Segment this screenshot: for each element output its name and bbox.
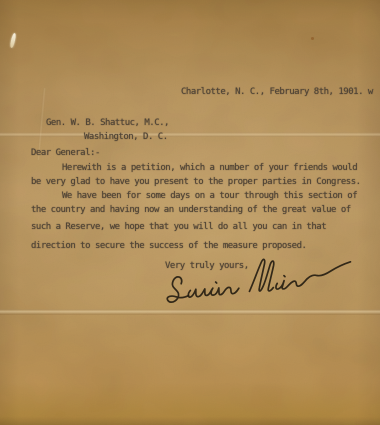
body-line: such a Reserve, we hope that you will do…	[31, 222, 326, 233]
signature	[162, 252, 357, 305]
body-line: be very glad to have you present to the …	[31, 177, 361, 188]
fold-crease-lower	[0, 309, 380, 315]
signature-ink-strokes	[162, 252, 357, 305]
closing: Very truly yours,	[165, 261, 249, 272]
body-line: the country and having now an understand…	[31, 205, 351, 216]
paper-tear-mark	[10, 33, 17, 48]
body-line: Herewith is a petition, which a number o…	[62, 163, 357, 174]
salutation: Dear General:-	[31, 148, 100, 159]
paper-speck	[311, 37, 314, 40]
recipient-address: Washington, D. C.	[84, 132, 168, 143]
body-line: We have been for some days on a tour thr…	[62, 191, 357, 202]
dateline: Charlotte, N. C., February 8th, 1901. w	[181, 87, 373, 98]
fold-crease-upper	[0, 132, 380, 137]
letter-paper: Charlotte, N. C., February 8th, 1901. w …	[0, 0, 380, 425]
recipient-name: Gen. W. B. Shattuc, M.C.,	[46, 118, 169, 129]
body-line: direction to secure the success of the m…	[31, 241, 306, 252]
